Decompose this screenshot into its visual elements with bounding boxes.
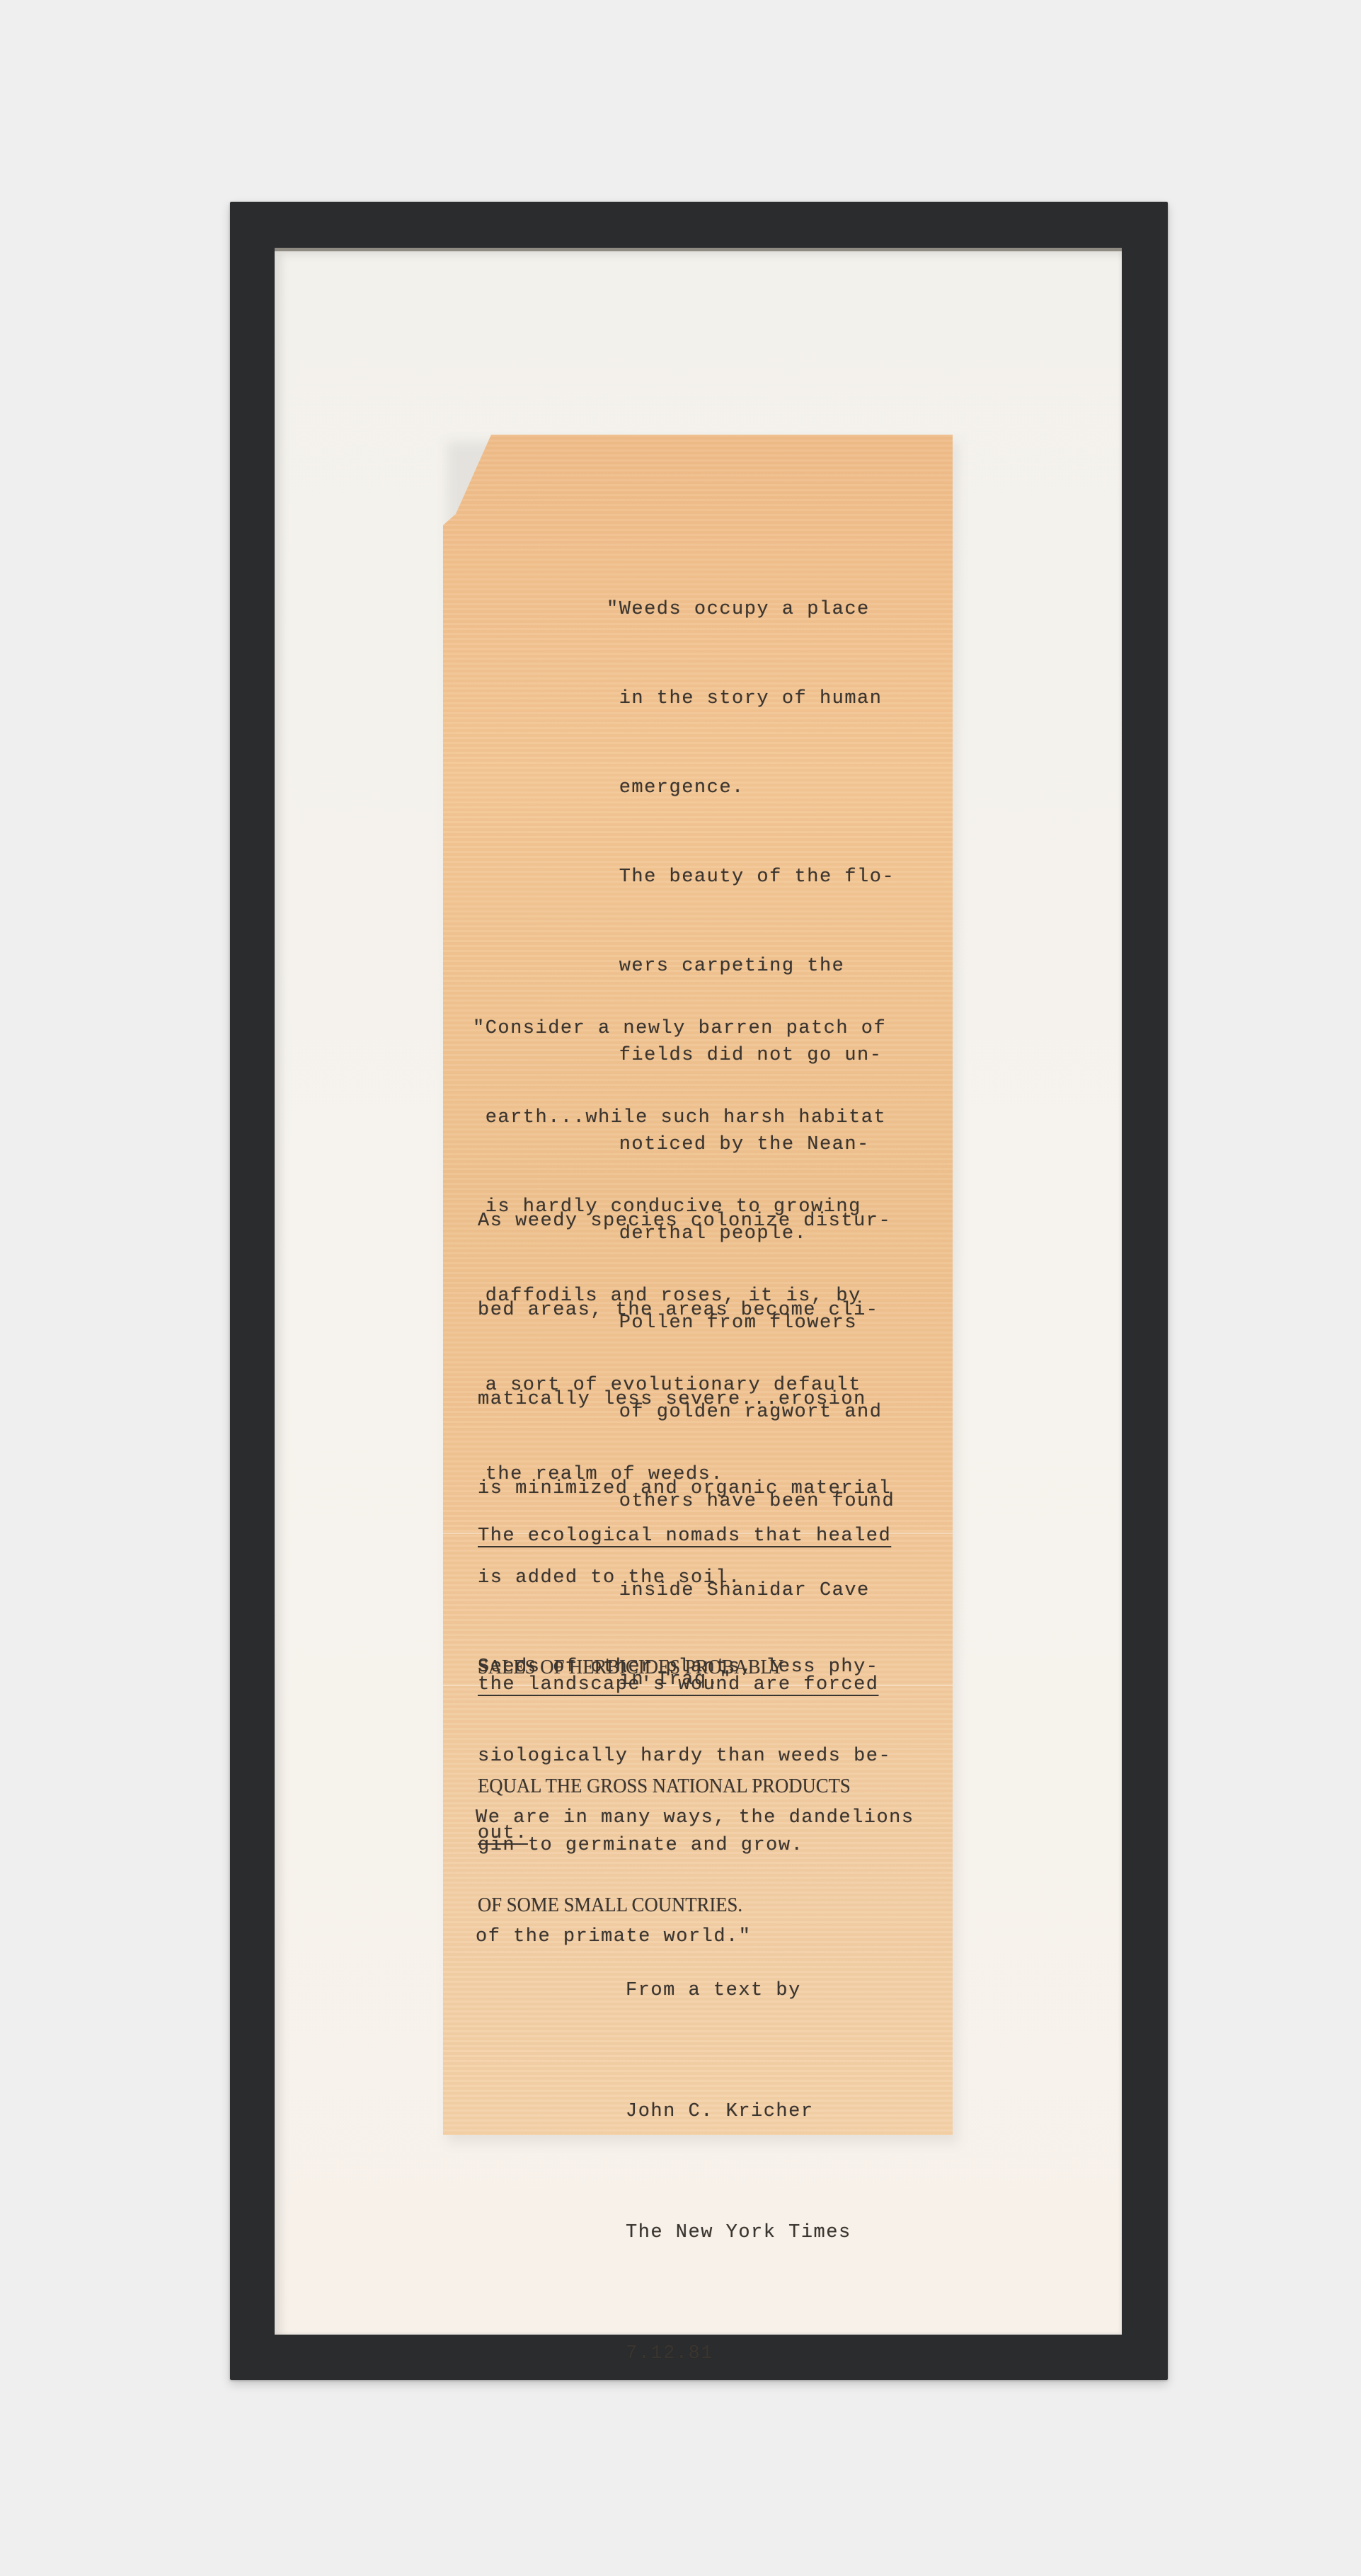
attribution-author: John C. Kricher <box>626 2092 851 2132</box>
text-line: As weedy species colonize distur- <box>478 1206 891 1236</box>
text-line: SALES OF HERBICIDES PROBABLY <box>478 1647 851 1687</box>
mat-top-edge <box>275 248 1122 251</box>
text-line: bed areas, the areas become cli- <box>478 1295 891 1325</box>
text-line: The ecological nomads that healed <box>478 1511 891 1561</box>
text-line: emergence. <box>607 773 895 803</box>
text-line: in the story of human <box>607 684 895 714</box>
attribution-publication: The New York Times <box>626 2213 851 2253</box>
text-line: We are in many ways, the dandelions <box>476 1798 914 1838</box>
attribution: From a text by John C. Kricher The New Y… <box>626 1890 851 2415</box>
attribution-intro: From a text by <box>626 1971 851 2011</box>
text-line: "Consider a newly barren patch of <box>473 1014 886 1043</box>
text-line: The beauty of the flo- <box>607 862 895 892</box>
text-line: earth...while such harsh habitat <box>473 1103 886 1133</box>
text-line: "Weeds occupy a place <box>607 595 895 624</box>
text-line: matically less severe...erosion <box>478 1385 891 1414</box>
attribution-date: 7.12.81 <box>626 2334 851 2374</box>
